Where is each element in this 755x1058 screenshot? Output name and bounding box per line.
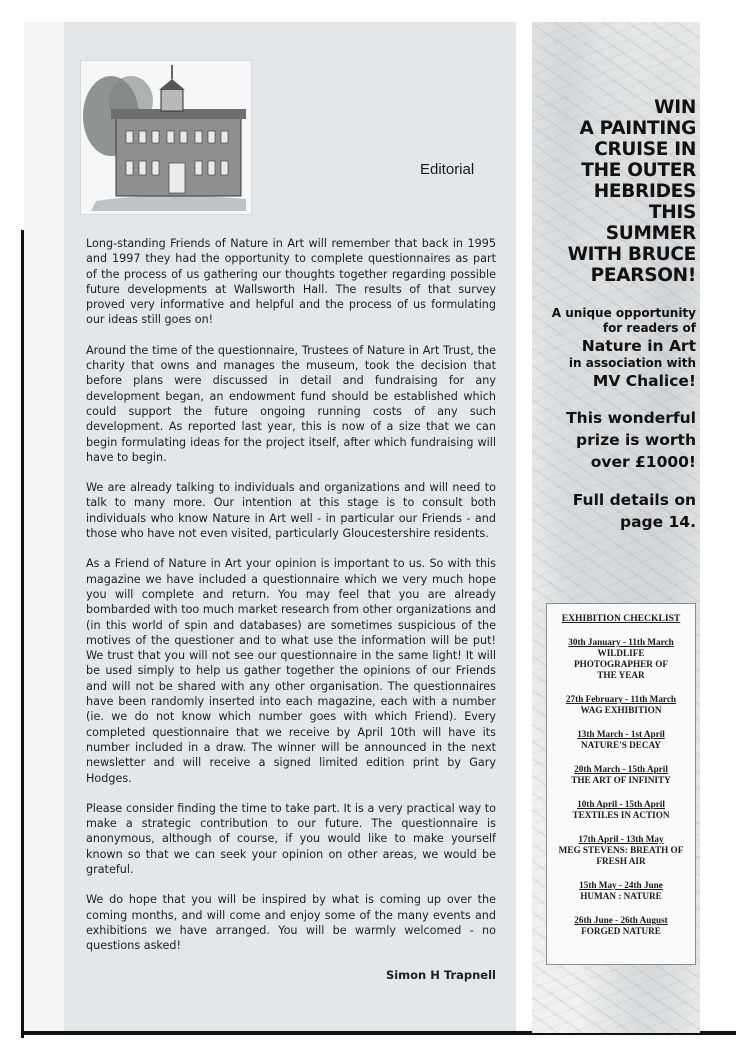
promo-sub-line: for readers of	[516, 321, 696, 336]
headline-line: THE OUTER	[516, 160, 696, 181]
page-margin	[24, 22, 64, 1031]
promo-subtitle: A unique opportunity for readers of	[516, 306, 696, 336]
headline-line: CRUISE IN	[516, 139, 696, 160]
details-reference: Full details on page 14.	[516, 489, 696, 533]
headline-line: PEARSON!	[516, 265, 696, 286]
paragraph: We are already talking to individuals an…	[86, 480, 496, 541]
exhibition-dates: 13th March - 1st April	[547, 729, 695, 740]
headline-line: WIN	[516, 97, 696, 118]
exhibition-dates: 27th February - 11th March	[547, 694, 695, 705]
checklist-item: 15th May - 24th June HUMAN : NATURE	[547, 880, 695, 902]
headline-line: SUMMER	[516, 223, 696, 244]
exhibition-name: THE ART OF INFINITY	[547, 775, 695, 786]
checklist-item: 26th June - 26th August FORGED NATURE	[547, 915, 695, 937]
paragraph: We do hope that you will be inspired by …	[86, 892, 496, 953]
partner-name: MV Chalice!	[516, 371, 696, 391]
headline-line: HEBRIDES	[516, 181, 696, 202]
exhibition-dates: 20th March - 15th April	[547, 764, 695, 775]
author-signature: Simon H Trapnell	[86, 968, 496, 983]
paragraph: Long-standing Friends of Nature in Art w…	[86, 236, 496, 328]
page-edge-left	[21, 230, 24, 1038]
wallsworth-hall-illustration	[80, 60, 252, 215]
prize-value: This wonderful prize is worth over £1000…	[516, 407, 696, 473]
exhibition-name: FORGED NATURE	[547, 926, 695, 937]
building-sketch-icon	[81, 61, 251, 214]
exhibition-name: HUMAN : NATURE	[547, 891, 695, 902]
headline-line: A PAINTING	[516, 118, 696, 139]
editorial-body: Long-standing Friends of Nature in Art w…	[86, 236, 496, 984]
prize-line: over £1000!	[516, 451, 696, 473]
details-line: page 14.	[516, 511, 696, 533]
exhibition-dates: 30th January - 11th March	[547, 637, 695, 648]
details-line: Full details on	[516, 489, 696, 511]
promo-association: in association with	[516, 356, 696, 371]
exhibition-dates: 15th May - 24th June	[547, 880, 695, 891]
paragraph: As a Friend of Nature in Art your opinio…	[86, 556, 496, 785]
checklist-title: EXHIBITION CHECKLIST	[547, 613, 695, 624]
checklist-item: 20th March - 15th April THE ART OF INFIN…	[547, 764, 695, 786]
exhibition-name: TEXTILES IN ACTION	[547, 810, 695, 821]
headline-line: THIS	[516, 202, 696, 223]
exhibition-name: MEG STEVENS: BREATH OF FRESH AIR	[547, 845, 695, 867]
exhibition-dates: 26th June - 26th August	[547, 915, 695, 926]
exhibition-name: NATURE'S DECAY	[547, 740, 695, 751]
checklist-item: 27th February - 11th March WAG EXHIBITIO…	[547, 694, 695, 716]
promo-headline: WIN A PAINTING CRUISE IN THE OUTER HEBRI…	[516, 97, 696, 286]
paragraph: Around the time of the questionnaire, Tr…	[86, 343, 496, 465]
exhibition-dates: 10th April - 15th April	[547, 799, 695, 810]
paragraph: Please consider finding the time to take…	[86, 801, 496, 877]
exhibition-dates: 17th April - 13th May	[547, 834, 695, 845]
page-title: Editorial	[420, 161, 474, 178]
exhibition-name: WILDLIFE PHOTOGRAPHER OF THE YEAR	[547, 648, 695, 681]
exhibition-checklist: EXHIBITION CHECKLIST 30th January - 11th…	[546, 603, 696, 965]
promo-sub-line: A unique opportunity	[516, 306, 696, 321]
checklist-item: 10th April - 15th April TEXTILES IN ACTI…	[547, 799, 695, 821]
prize-line: prize is worth	[516, 429, 696, 451]
checklist-item: 13th March - 1st April NATURE'S DECAY	[547, 729, 695, 751]
exhibition-name: WAG EXHIBITION	[547, 705, 695, 716]
checklist-item: 30th January - 11th March WILDLIFE PHOTO…	[547, 637, 695, 681]
competition-promo: WIN A PAINTING CRUISE IN THE OUTER HEBRI…	[516, 97, 696, 533]
headline-line: WITH BRUCE	[516, 244, 696, 265]
prize-line: This wonderful	[516, 407, 696, 429]
brand-name: Nature in Art	[516, 336, 696, 356]
checklist-item: 17th April - 13th May MEG STEVENS: BREAT…	[547, 834, 695, 867]
